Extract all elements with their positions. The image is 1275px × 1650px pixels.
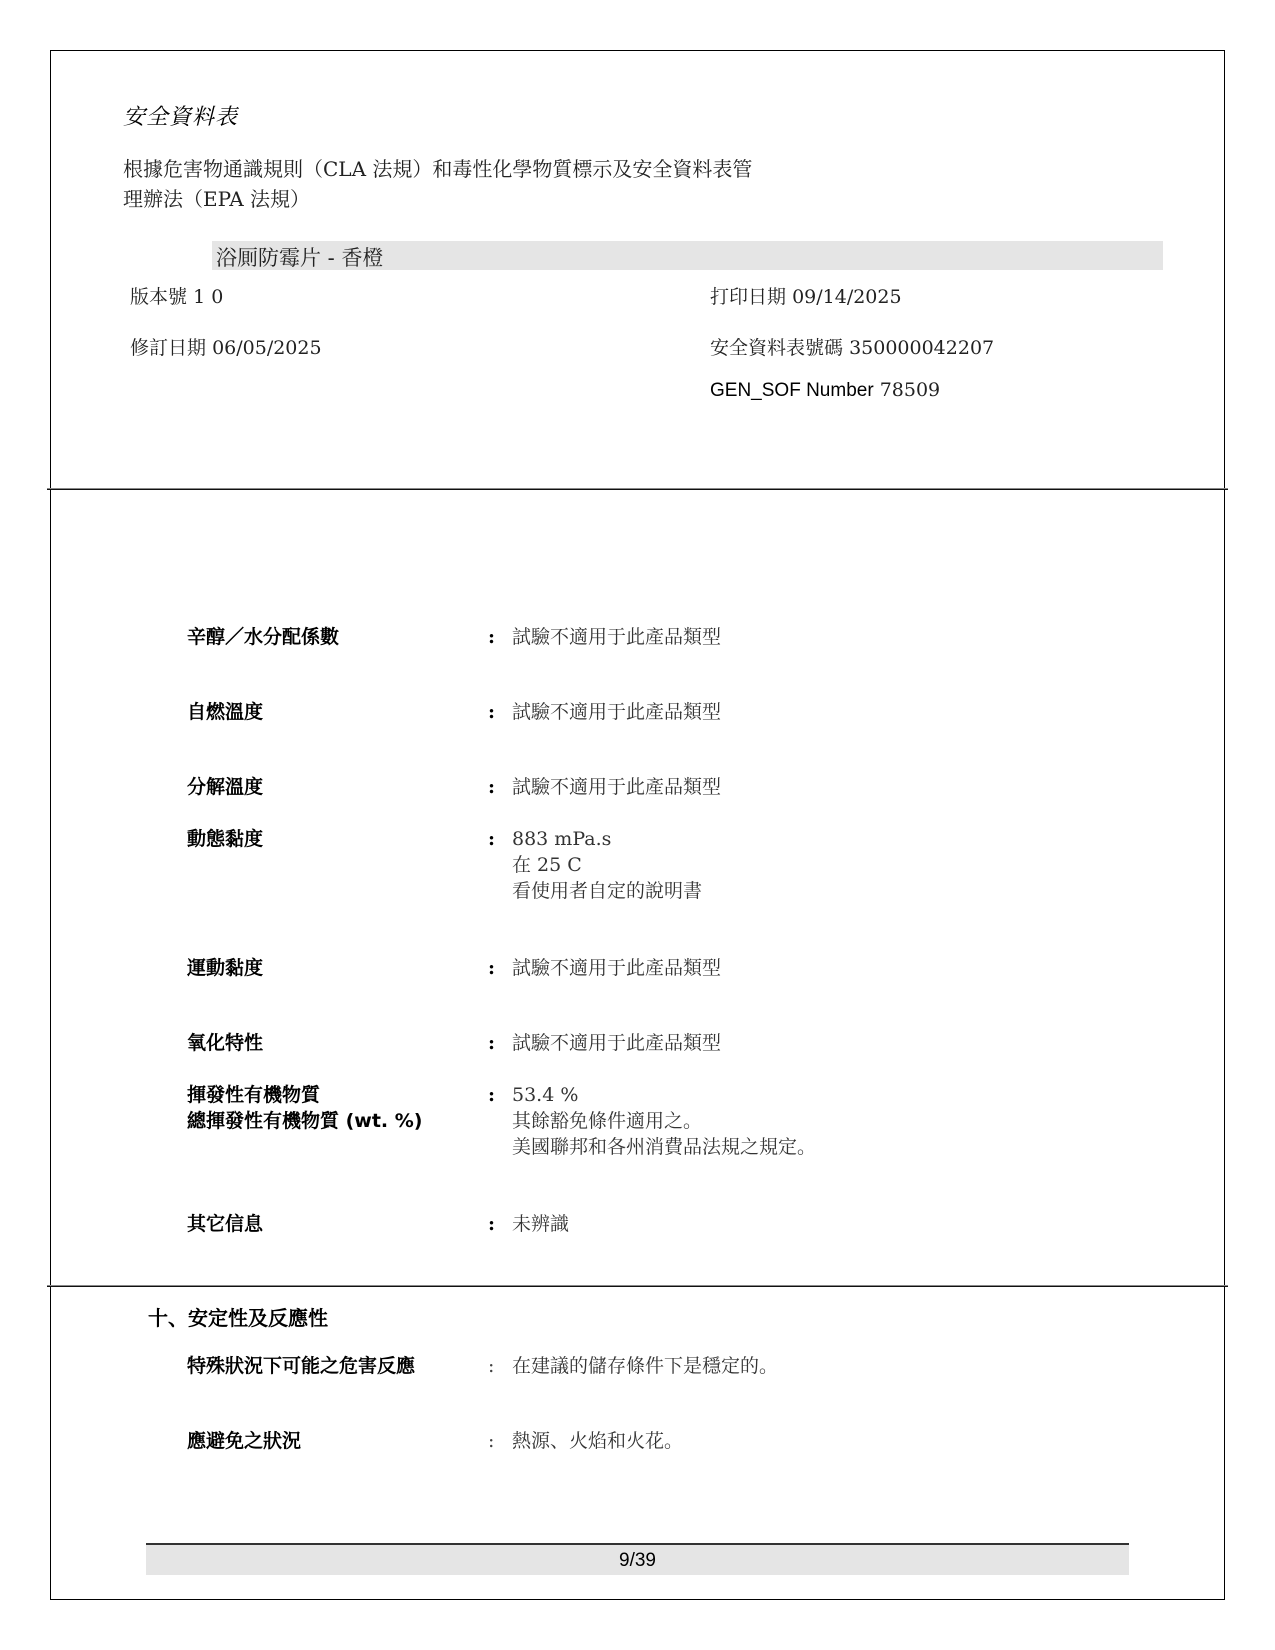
sds-number-label: 安全資料表號碼 [710, 337, 843, 359]
product-name-bar: 浴厠防霉片 - 香橙 [212, 241, 1163, 270]
property-label: 辛醇／水分配係數 [187, 624, 339, 650]
sds-number-value: 350000042207 [849, 337, 994, 359]
property-label: 動態黏度 [187, 826, 263, 852]
property-value: 試驗不適用于此產品類型 [512, 955, 721, 981]
separator-colon: : [488, 774, 495, 800]
value-line: 53.4 % [512, 1082, 816, 1108]
property-value: 53.4 % 其餘豁免條件適用之。 美國聯邦和各州消費品法規之規定。 [512, 1082, 816, 1160]
regulation-line-1: 根據危害物通識規則（CLA 法規）和毒性化學物質標示及安全資料表管 [123, 154, 843, 184]
separator-colon: : [488, 1082, 495, 1108]
property-value: 熱源、火焰和火花。 [512, 1428, 683, 1454]
property-value: 在建議的儲存條件下是穩定的。 [512, 1353, 778, 1379]
sds-number-info: 安全資料表號碼 350000042207 [710, 333, 994, 360]
property-label: 氧化特性 [187, 1030, 263, 1056]
gen-sof-value: 78509 [880, 379, 940, 401]
section-10-title: 十、安定性及反應性 [148, 1302, 328, 1331]
property-value: 試驗不適用于此產品類型 [512, 624, 721, 650]
property-label: 揮發性有機物質 總揮發性有機物質 (wt. %) [187, 1082, 423, 1134]
separator-colon: : [488, 955, 495, 981]
property-label: 其它信息 [187, 1211, 263, 1237]
print-date-value: 09/14/2025 [792, 286, 902, 308]
section-divider [47, 1285, 1228, 1287]
separator-colon: : [488, 1030, 495, 1056]
property-label: 分解溫度 [187, 774, 263, 800]
regulation-line-2: 理辦法（EPA 法規） [123, 184, 843, 214]
revision-label: 修訂日期 [130, 337, 206, 359]
document-title: 安全資料表 [123, 100, 238, 131]
property-label: 特殊狀況下可能之危害反應 [187, 1353, 415, 1379]
value-line: 在 25 C [512, 852, 702, 878]
separator-colon: : [488, 1211, 495, 1237]
value-line: 883 mPa.s [512, 826, 702, 852]
gen-sof-info: GEN_SOF Number 78509 [710, 379, 940, 402]
version-label: 版本號 [130, 286, 187, 308]
property-value: 試驗不適用于此產品類型 [512, 699, 721, 725]
print-date-label: 打印日期 [710, 286, 786, 308]
version-value: 1 0 [193, 286, 223, 308]
property-label: 自燃溫度 [187, 699, 263, 725]
value-line: 其餘豁免條件適用之。 [512, 1108, 816, 1134]
value-line: 美國聯邦和各州消費品法規之規定。 [512, 1134, 816, 1160]
regulation-statement: 根據危害物通識規則（CLA 法規）和毒性化學物質標示及安全資料表管 理辦法（EP… [123, 154, 843, 214]
property-value: 試驗不適用于此產品類型 [512, 1030, 721, 1056]
label-line: 總揮發性有機物質 (wt. %) [187, 1108, 423, 1134]
property-label: 應避免之狀況 [187, 1428, 301, 1454]
revision-value: 06/05/2025 [212, 337, 322, 359]
property-value: 883 mPa.s 在 25 C 看使用者自定的說明書 [512, 826, 702, 904]
page-number: 9/39 [146, 1550, 1129, 1572]
gen-sof-label: GEN_SOF Number [710, 380, 874, 401]
page-footer: 9/39 [146, 1543, 1129, 1575]
value-line: 看使用者自定的說明書 [512, 878, 702, 904]
separator-colon: : [488, 1428, 494, 1454]
separator-colon: : [488, 826, 495, 852]
label-line: 揮發性有機物質 [187, 1082, 423, 1108]
product-name: 浴厠防霉片 - 香橙 [216, 242, 383, 272]
property-value: 試驗不適用于此產品類型 [512, 774, 721, 800]
print-date-info: 打印日期 09/14/2025 [710, 282, 902, 309]
separator-colon: : [488, 1353, 494, 1379]
separator-colon: : [488, 624, 495, 650]
version-info: 版本號 1 0 [130, 282, 223, 309]
property-label: 運動黏度 [187, 955, 263, 981]
header-divider [47, 488, 1228, 490]
property-value: 未辨識 [512, 1211, 569, 1237]
revision-info: 修訂日期 06/05/2025 [130, 333, 322, 360]
separator-colon: : [488, 699, 495, 725]
